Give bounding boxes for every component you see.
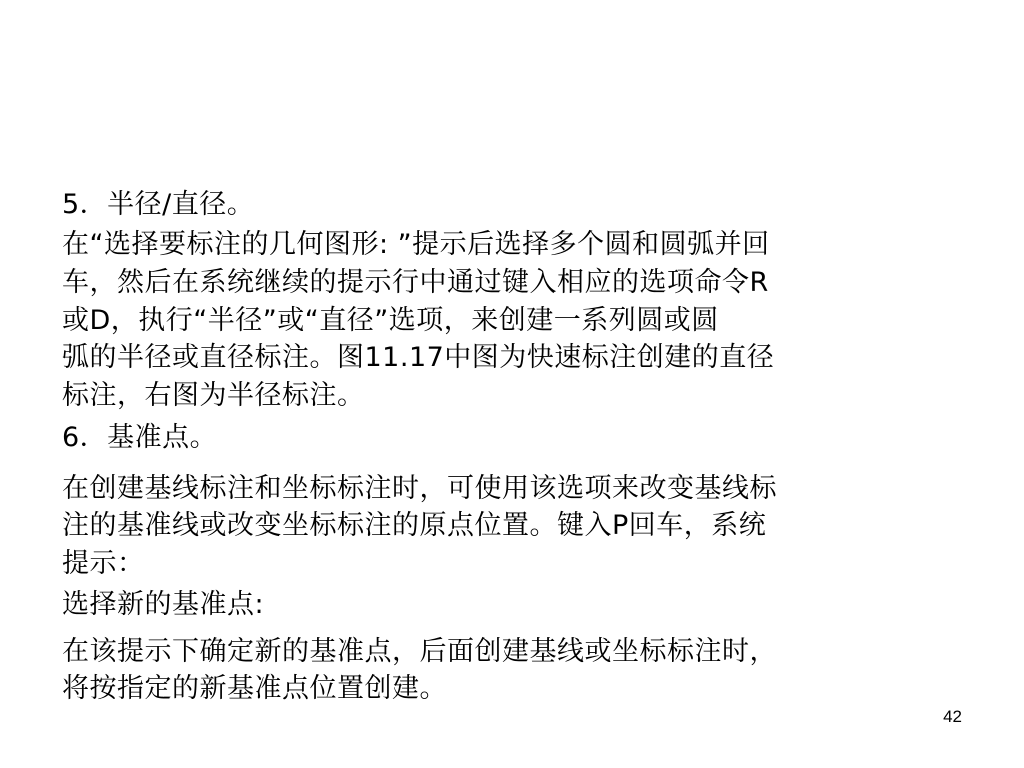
heading-base-point: 6．基准点。	[62, 420, 217, 456]
paragraph-line: 在创建基线标注和坐标标注时，可使用该选项来改变基线标	[62, 471, 777, 507]
paragraph-line: 在该提示下确定新的基准点，后面创建基线或坐标标注时，	[62, 634, 777, 670]
paragraph-line: 注的基准线或改变坐标标注的原点位置。键入P回车，系统	[62, 508, 766, 544]
heading-radius-diameter: 5．半径/直径。	[62, 187, 254, 223]
page-number: 42	[943, 707, 962, 727]
prompt-text: 选择新的基准点:	[62, 587, 264, 623]
paragraph-line: 弧的半径或直径标注。图11.17中图为快速标注创建的直径	[62, 340, 774, 376]
paragraph-line: 在“选择要标注的几何图形: ”提示后选择多个圆和圆弧并回	[62, 227, 770, 263]
slide: 5．半径/直径。 在“选择要标注的几何图形: ”提示后选择多个圆和圆弧并回 车，…	[0, 0, 1024, 768]
paragraph-line: 或D，执行“半径”或“直径”选项，来创建一系列圆或圆	[62, 303, 719, 339]
paragraph-line: 将按指定的新基准点位置创建。	[62, 671, 447, 707]
paragraph-line: 提示：	[62, 546, 145, 582]
paragraph-line: 车，然后在系统继续的提示行中通过键入相应的选项命令R	[62, 265, 769, 301]
paragraph-line: 标注，右图为半径标注。	[62, 378, 365, 414]
